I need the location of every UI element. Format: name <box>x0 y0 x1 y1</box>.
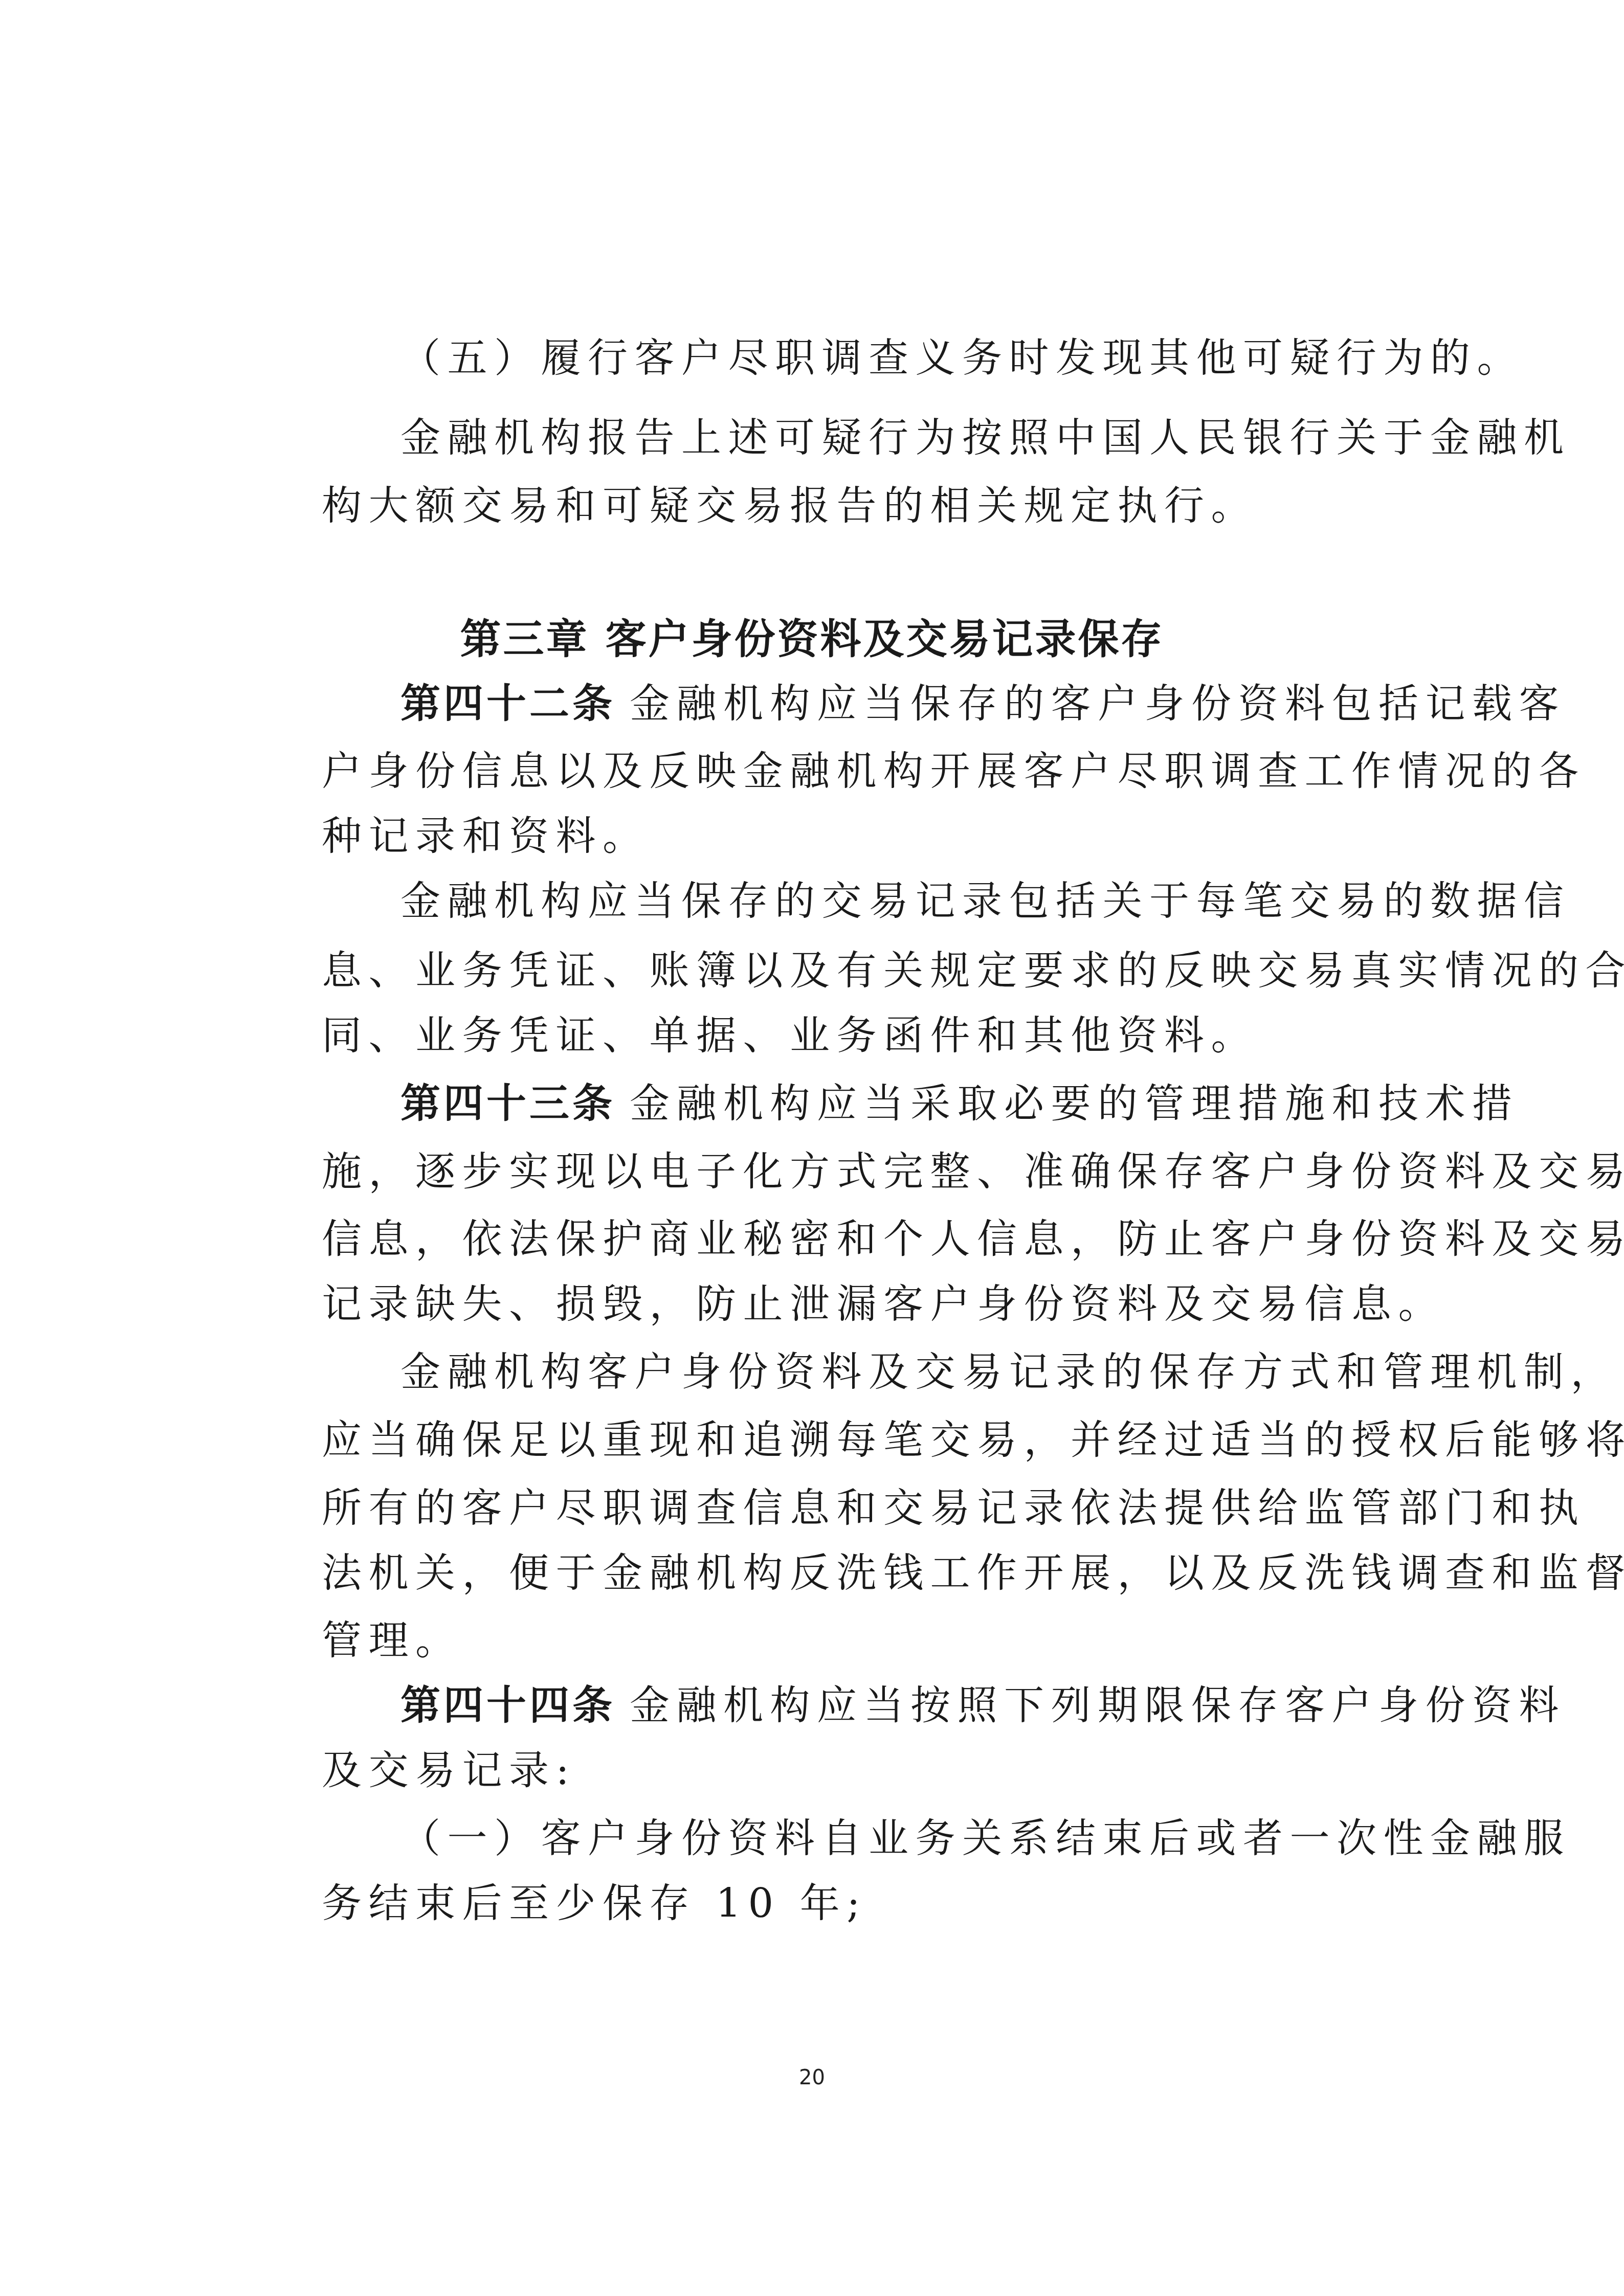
text-line: 户身份信息以及反映金融机构开展客户尽职调查工作情况的各 <box>322 746 1586 797</box>
article-label: 第四十三条 <box>401 1081 615 1127</box>
chapter-heading: 第三章 客户身份资料及交易记录保存 <box>0 614 1624 665</box>
text-line: 管理。 <box>322 1615 462 1667</box>
text-segment: 金融机构应当保存的客户身份资料包括记载客 <box>630 681 1566 727</box>
text-segment: 金融机构应当采取必要的管理措施和技术措 <box>630 1081 1519 1127</box>
text-line: 法机关，便于金融机构反洗钱工作开展，以及反洗钱调查和监督 <box>322 1548 1624 1599</box>
text-line: （五）履行客户尽职调查义务时发现其他可疑行为的。 <box>401 333 1524 384</box>
text-line: 同、业务凭证、单据、业务函件和其他资料。 <box>322 1010 1258 1062</box>
text-line: 息、业务凭证、账簿以及有关规定要求的反映交易真实情况的合 <box>322 946 1624 997</box>
article-43-line: 第四十三条金融机构应当采取必要的管理措施和技术措 <box>401 1078 1519 1130</box>
text-line: 构大额交易和可疑交易报告的相关规定执行。 <box>322 481 1258 532</box>
document-page: （五）履行客户尽职调查义务时发现其他可疑行为的。 金融机构报告上述可疑行为按照中… <box>0 0 1624 2296</box>
text-line: 记录缺失、损毁，防止泄漏客户身份资料及交易信息。 <box>322 1279 1445 1330</box>
text-line: 种记录和资料。 <box>322 811 650 862</box>
page-number: 20 <box>0 2066 1624 2089</box>
text-line: （一）客户身份资料自业务关系结束后或者一次性金融服 <box>401 1813 1571 1864</box>
text-line: 所有的客户尽职调查信息和交易记录依法提供给监管部门和执 <box>322 1483 1586 1534</box>
text-line: 务结束后至少保存 10 年; <box>322 1878 867 1929</box>
text-segment: 金融机构应当按照下列期限保存客户身份资料 <box>630 1683 1566 1729</box>
text-line: 施，逐步实现以电子化方式完整、准确保存客户身份资料及交易 <box>322 1146 1624 1198</box>
text-line: 及交易记录: <box>322 1745 576 1796</box>
text-line: 信息，依法保护商业秘密和个人信息，防止客户身份资料及交易 <box>322 1214 1624 1265</box>
article-label: 第四十二条 <box>401 681 615 727</box>
article-44-line: 第四十四条金融机构应当按照下列期限保存客户身份资料 <box>401 1680 1566 1731</box>
text-line: 金融机构报告上述可疑行为按照中国人民银行关于金融机 <box>401 413 1571 464</box>
text-line: 金融机构客户身份资料及交易记录的保存方式和管理机制， <box>401 1347 1617 1398</box>
text-line: 金融机构应当保存的交易记录包括关于每笔交易的数据信 <box>401 876 1571 927</box>
article-label: 第四十四条 <box>401 1683 615 1729</box>
text-line: 应当确保足以重现和追溯每笔交易，并经过适当的授权后能够将 <box>322 1415 1624 1466</box>
article-42-line: 第四十二条金融机构应当保存的客户身份资料包括记载客 <box>401 679 1566 730</box>
